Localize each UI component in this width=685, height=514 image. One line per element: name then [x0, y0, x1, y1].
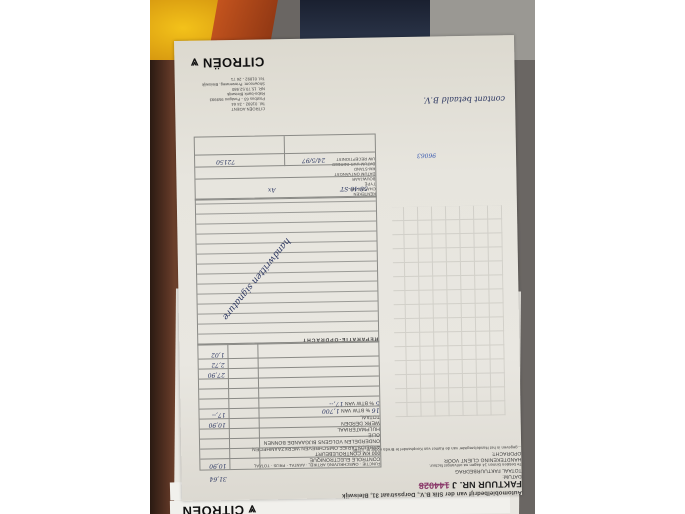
jeans-background — [300, 0, 430, 40]
dealer-block: CITROËN AGENT Tel. 01892 - 24 64 Postbus… — [202, 76, 266, 112]
km-value: 72150 — [216, 158, 235, 165]
faint-grid — [392, 205, 506, 417]
client-signature-label: HANDTEKENING CLIENT VOOR OPDRACHT: — [421, 450, 521, 464]
invoice-number-crossed: 144028 — [419, 480, 450, 491]
customer-handwritten: contant betaald B.V. — [423, 94, 505, 104]
date-received-value: 24/5/97 — [302, 156, 325, 163]
invoice-page: CITROËN ⩔ Automobielbedrijf van der Slik… — [174, 35, 522, 501]
citroen-logo-3: ⩔ CITROËN — [182, 501, 256, 514]
total-invoice-value: 31,64 — [209, 475, 226, 482]
citroen-logo: CITROËN ⩔ — [190, 53, 264, 70]
kenteken-value: 58-40-ST — [340, 185, 368, 192]
type-value: Ax — [268, 186, 276, 193]
invoice-content-rotated: CITROËN ⩔ Automobielbedrijf van der Slik… — [174, 35, 522, 501]
vehicle-info-box: KENTEKEN CHASSIS NR TYPE BOUWJAAR 58-40-… — [194, 133, 377, 200]
repair-order-box: REPARATIE-OPDRACHT handwritten signature — [195, 195, 380, 345]
signature: handwritten signature — [220, 236, 292, 322]
invoice-number-handwritten: 96063 — [417, 151, 436, 158]
photo-frame: ⩔ CITROËN ⩔ CITROËN CITROËN ⩔ Automobiel… — [150, 0, 535, 514]
line-items-table: FUNCTIE · OMSCHRIJVING ARTIKEL · AANTAL … — [197, 340, 381, 470]
